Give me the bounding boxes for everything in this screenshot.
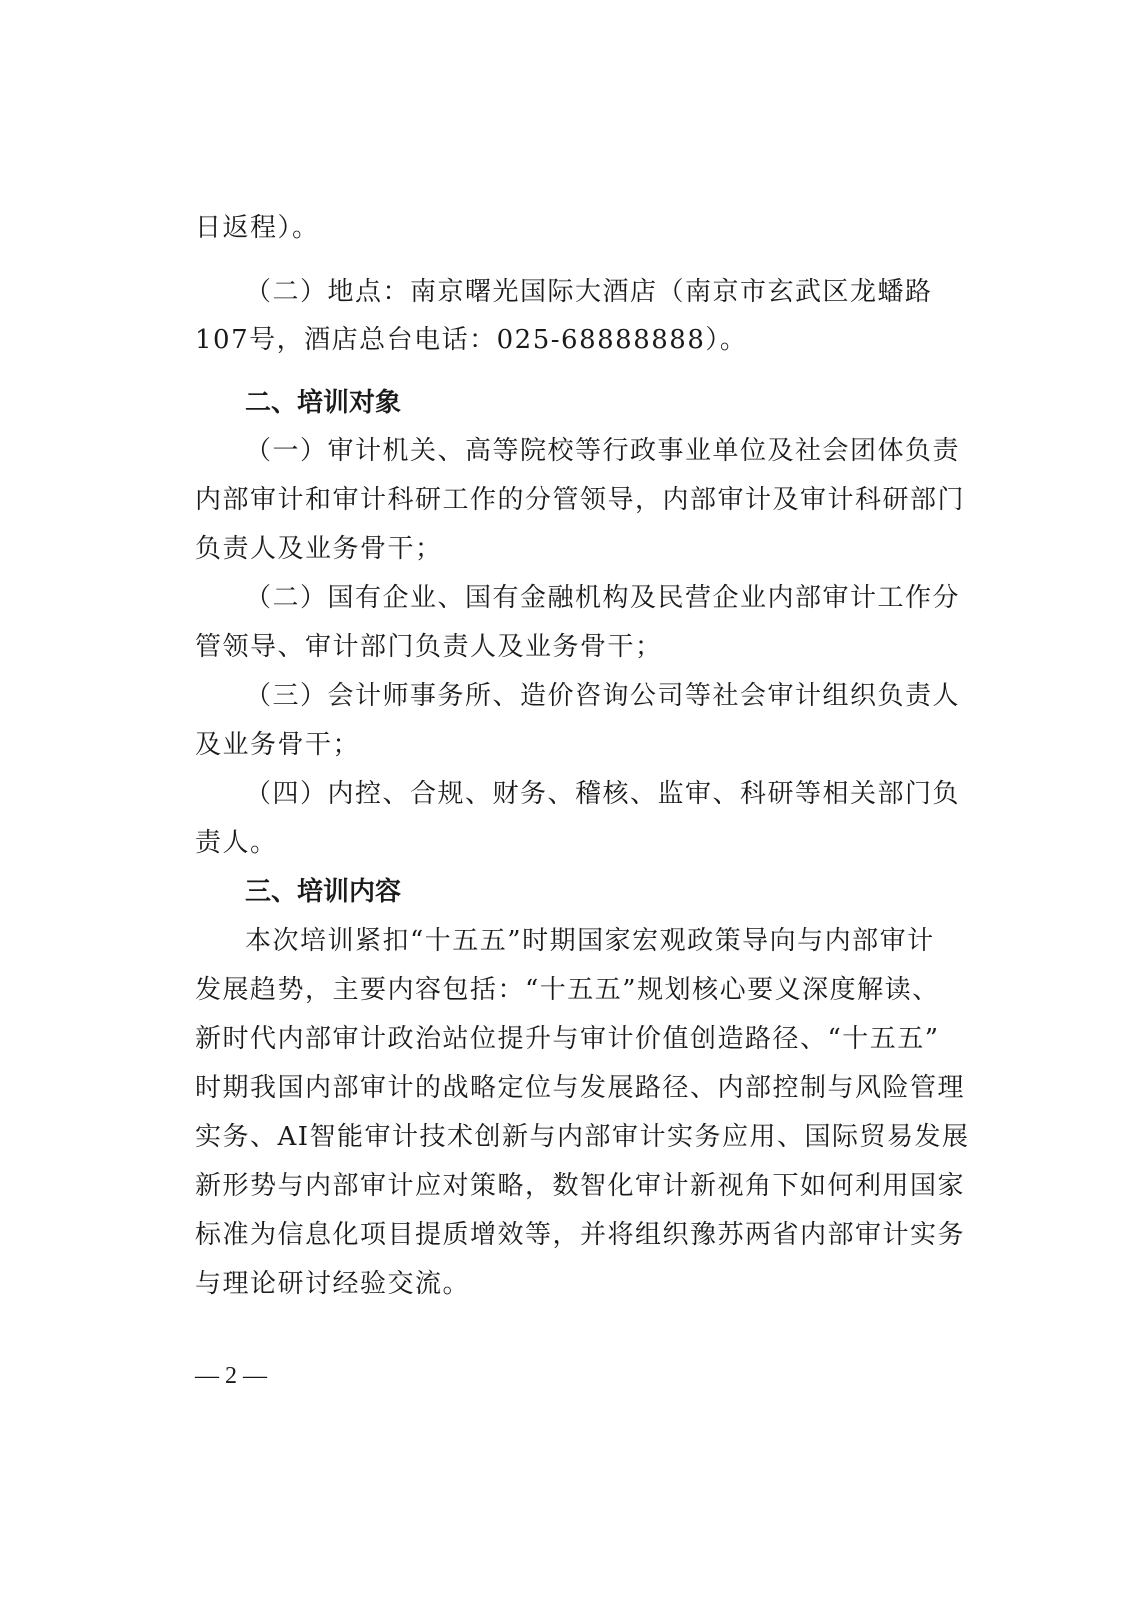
- content-paragraph-line-3: 新时代内部审计政治站位提升与审计价值创造路径、“十五五”: [195, 1019, 930, 1059]
- section-heading-training-content: 三、培训内容: [245, 872, 930, 912]
- section-heading-training-targets: 二、培训对象: [245, 383, 930, 423]
- target-item-1-line-3: 负责人及业务骨干；: [195, 529, 930, 569]
- location-line-2: 107号，酒店总台电话：025-68888888）。: [195, 320, 930, 360]
- content-paragraph-line-8: 与理论研讨经验交流。: [195, 1264, 930, 1304]
- target-item-2-line-1: （二）国有企业、国有金融机构及民营企业内部审计工作分: [245, 578, 930, 618]
- content-paragraph-line-4: 时期我国内部审计的战略定位与发展路径、内部控制与风险管理: [195, 1068, 930, 1108]
- content-paragraph-line-7: 标准为信息化项目提质增效等，并将组织豫苏两省内部审计实务: [195, 1215, 930, 1255]
- content-paragraph-line-6: 新形势与内部审计应对策略，数智化审计新视角下如何利用国家: [195, 1166, 930, 1206]
- target-item-3-line-2: 及业务骨干；: [195, 725, 930, 765]
- content-paragraph-line-2: 发展趋势，主要内容包括：“十五五”规划核心要义深度解读、: [195, 970, 930, 1010]
- target-item-1-line-2: 内部审计和审计科研工作的分管领导，内部审计及审计科研部门: [195, 480, 930, 520]
- page-number: — 2 —: [195, 1356, 267, 1396]
- target-item-4-line-1: （四）内控、合规、财务、稽核、监审、科研等相关部门负: [245, 774, 930, 814]
- target-item-4-line-2: 责人。: [195, 823, 930, 863]
- target-item-2-line-2: 管领导、审计部门负责人及业务骨干；: [195, 627, 930, 667]
- location-line-1: （二）地点：南京曙光国际大酒店（南京市玄武区龙蟠路: [245, 272, 930, 312]
- time-continuation-line: 日返程）。: [195, 208, 930, 248]
- content-paragraph-line-1: 本次培训紧扣“十五五”时期国家宏观政策导向与内部审计: [245, 921, 930, 961]
- target-item-3-line-1: （三）会计师事务所、造价咨询公司等社会审计组织负责人: [245, 676, 930, 716]
- document-page: 日返程）。 （二）地点：南京曙光国际大酒店（南京市玄武区龙蟠路 107号，酒店总…: [0, 0, 1130, 1600]
- content-paragraph-line-5: 实务、AI智能审计技术创新与内部审计实务应用、国际贸易发展: [195, 1117, 930, 1157]
- target-item-1-line-1: （一）审计机关、高等院校等行政事业单位及社会团体负责: [245, 431, 930, 471]
